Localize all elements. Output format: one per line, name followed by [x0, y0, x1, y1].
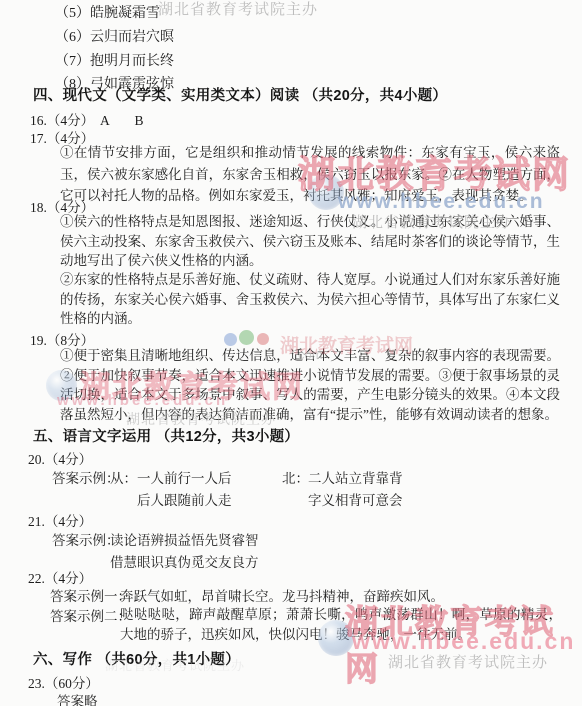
section-4-heading: 四、现代文（文学类、实用类文本）阅读 （共20分，共4小题）	[33, 84, 447, 105]
q22-example2-label: 答案示例二：	[50, 605, 131, 625]
q20-col2-label: 北：	[282, 467, 309, 487]
q18-answer-paragraph-2: ②东家的性格特点是乐善好施、仗义疏财、待人宽厚。小说通过人们对东家乐善好施的传扬…	[60, 270, 560, 329]
q19-answer-paragraph: ①便于密集且清晰地组织、传达信息，适合本文丰富、复杂的叙事内容的表现需要。②便于…	[60, 346, 560, 424]
section-5-heading: 五、语言文字运用 （共12分，共3小题）	[33, 425, 299, 446]
q21-answer-line1: 读论语辨损益悟先贤睿智	[110, 529, 259, 549]
watermark-org-bottom: 湖北省教育考试院主办	[388, 651, 548, 672]
q20-col1-label: 从：	[110, 467, 137, 487]
q22-example2-text: 哒哒哒哒，蹄声敲醒草原；萧萧长嘶，鸣声激荡群山！啊，草原的精灵，大地的骄子，迅疾…	[120, 605, 562, 645]
q20-col1-line1: 一人前行一人后	[137, 467, 232, 487]
blank-answer-6: （6）云归而岩穴暝	[55, 26, 174, 50]
q16-label: 16.（4分）	[30, 109, 94, 129]
scanned-answer-key-page: { "watermarks": { "org_line": "湖北省教育考试院主…	[0, 0, 582, 706]
blank-answer-7: （7）抱明月而长终	[55, 50, 174, 74]
q21-answer-line2: 借慧眼识真伪觅交友良方	[110, 551, 259, 571]
mini-logo-blue-dot-icon	[224, 333, 237, 346]
q16-answer: A B	[100, 109, 150, 129]
q23-answer: 答案略	[57, 690, 98, 706]
section-6-heading: 六、写作 （共60分，共1小题）	[33, 648, 240, 669]
q20-label: 20.（4分）	[28, 448, 92, 468]
watermark-org-top: 湖北省教育考试院主办	[158, 0, 318, 19]
q21-label: 21.（4分）	[28, 510, 92, 530]
q20-col2-line2: 字义相背可意会	[308, 489, 403, 509]
mini-logo-green-dot-icon	[239, 330, 254, 345]
q22-example1-text: 奔跃气如虹，昂首啸长空。龙马抖精神，奋蹄疾如风。	[120, 585, 444, 605]
q22-example1-label: 答案示例一：	[50, 585, 131, 605]
q17-answer-paragraph: ①在情节安排方面，它是组织和推动情节发展的线索物件：东家有宝玉，侯六来盗玉，侯六…	[60, 142, 560, 207]
q20-col2-line1: 二人站立背靠背	[308, 467, 403, 487]
q22-label: 22.（4分）	[28, 567, 92, 587]
q23-label: 23.（60分）	[28, 672, 99, 692]
q20-col1-line2: 后人跟随前人走	[137, 489, 232, 509]
blank-answer-5: （5）皓腕凝霜雪	[55, 2, 160, 26]
q18-answer-paragraph-1: ①侯六的性格特点是知恩图报、迷途知返、行侠仗义。小说通过东家关心侯六婚事、侯六主…	[60, 212, 560, 271]
mini-logo-red-dot-icon	[257, 333, 269, 345]
